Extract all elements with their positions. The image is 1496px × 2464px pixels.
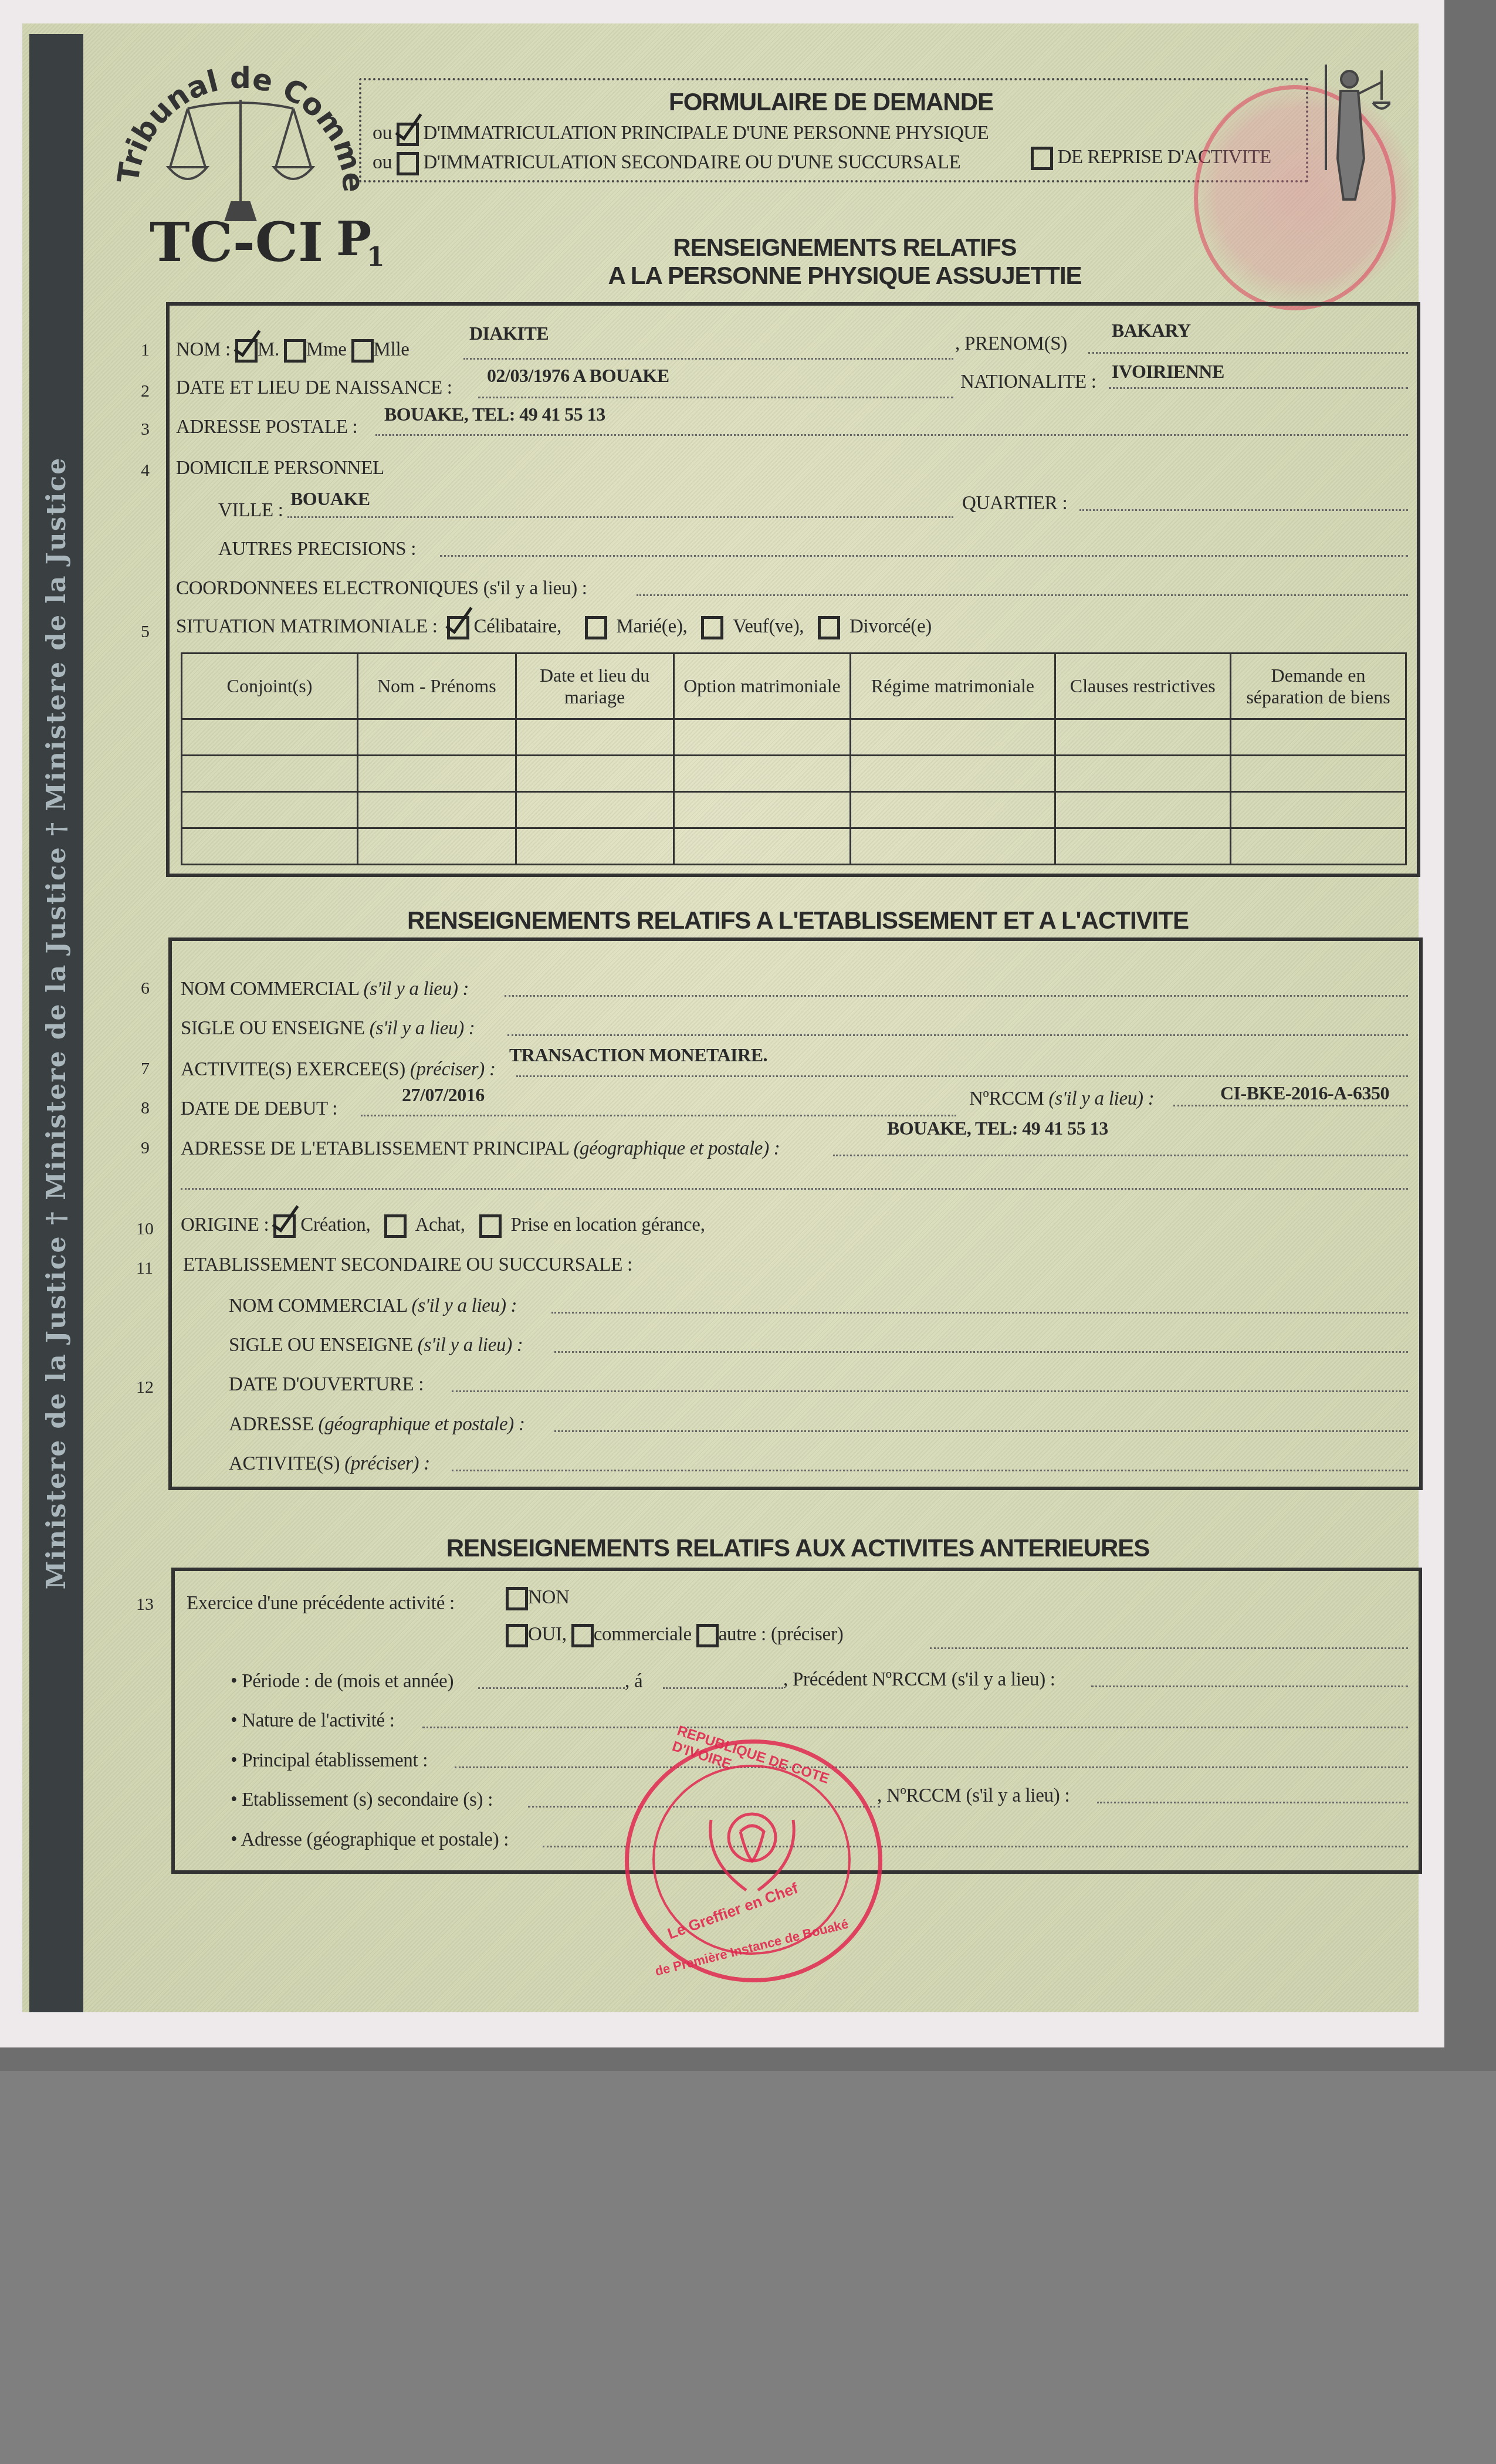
line-number: 12 <box>136 1377 154 1397</box>
ministry-side-band: Ministere de la Justice † Ministere de l… <box>29 34 83 2012</box>
adresse-postale-field[interactable] <box>375 434 1408 436</box>
checkbox-secondaire[interactable] <box>397 152 419 175</box>
checkbox-location-gerance[interactable] <box>479 1214 502 1238</box>
spouse-table-cell[interactable] <box>851 792 1055 828</box>
secondaires-label: • Etablissement (s) secondaire (s) : <box>231 1789 493 1811</box>
naissance-field[interactable] <box>478 397 953 398</box>
spouse-table-header: Clauses restrictives <box>1055 654 1231 719</box>
logo-arc-text: Tribunal de Commerce <box>114 44 371 193</box>
nature-label: • Nature de l'activité : <box>231 1710 395 1732</box>
sigle-field[interactable] <box>507 1034 1408 1036</box>
line-number: 8 <box>141 1098 150 1118</box>
logo-form-index: 1 <box>367 242 385 267</box>
nom-commercial-label: NOM COMMERCIAL (s'il y a lieu) : <box>181 979 469 1000</box>
civility-mlle-label: Mlle <box>374 339 409 360</box>
situation-label: SITUATION MATRIMONIALE : <box>176 616 438 637</box>
spouse-table-header: Conjoint(s) <box>182 654 358 719</box>
section1-title: RENSEIGNEMENTS RELATIFS A LA PERSONNE PH… <box>528 233 1162 290</box>
svg-text:Tribunal de Commerce: Tribunal de Commerce <box>114 44 371 193</box>
line-number: 7 <box>141 1059 150 1079</box>
checkbox-principale[interactable] <box>397 123 419 146</box>
table-row <box>182 828 1406 865</box>
autres-precisions-field[interactable] <box>440 555 1408 557</box>
civility-m-label: M. <box>258 339 279 360</box>
table-row <box>182 719 1406 756</box>
checkbox-achat[interactable] <box>384 1214 407 1238</box>
checkbox-creation[interactable] <box>273 1214 296 1238</box>
checkbox-autre[interactable] <box>696 1624 719 1647</box>
spouse-table: Conjoint(s)Nom - PrénomsDate et lieu du … <box>181 652 1407 865</box>
sec-activite-field[interactable] <box>452 1470 1408 1471</box>
coordonnees-field[interactable] <box>637 594 1408 596</box>
situation-row: SITUATION MATRIMONIALE : Célibataire, Ma… <box>176 616 932 639</box>
adresse-etab-field-2[interactable] <box>181 1188 1408 1190</box>
precedent-rccm-label: , Précédent NºRCCM (s'il y a lieu) : <box>783 1669 1055 1691</box>
spouse-table-header: Demande en séparation de biens <box>1231 654 1406 719</box>
nature-field[interactable] <box>422 1727 1408 1728</box>
line-number: 4 <box>141 461 150 480</box>
principal-field[interactable] <box>455 1766 1408 1768</box>
line-number: 11 <box>136 1258 153 1278</box>
form-type-option-secondaire[interactable]: ou D'IMMATRICULATION SECONDAIRE OU D'UNE… <box>373 151 960 175</box>
adresse-etab-value: BOUAKE, TEL: 49 41 55 13 <box>887 1118 1108 1139</box>
checkbox-reprise[interactable] <box>1031 147 1053 170</box>
sec-nom-commercial-field[interactable] <box>551 1312 1408 1314</box>
date-debut-label: DATE DE DEBUT : <box>181 1098 337 1120</box>
rccm-field[interactable] <box>1173 1105 1408 1106</box>
nom-label: NOM : <box>176 339 231 360</box>
activite-label: ACTIVITE(S) EXERCEE(S) (préciser) : <box>181 1059 496 1081</box>
adresse-etab-label: ADRESSE DE L'ETABLISSEMENT PRINCIPAL (gé… <box>181 1138 780 1160</box>
checkbox-celibataire[interactable] <box>447 616 469 639</box>
domicile-label: DOMICILE PERSONNEL <box>176 458 384 479</box>
adresse-postale-label: ADRESSE POSTALE : <box>176 417 357 438</box>
spouse-table-cell[interactable] <box>516 828 673 865</box>
tribunal-logo: Tribunal de Commerce TC-CI P 1 <box>114 44 390 267</box>
spouse-table-cell[interactable] <box>182 792 358 828</box>
spouse-table-cell[interactable] <box>1055 828 1231 865</box>
ou-label: ou <box>373 151 392 173</box>
spouse-table-header: Option matrimoniale <box>673 654 851 719</box>
section2-title: RENSEIGNEMENTS RELATIFS A L'ETABLISSEMEN… <box>293 906 1302 935</box>
checkbox-oui[interactable] <box>506 1624 528 1647</box>
line-number: 9 <box>141 1138 150 1158</box>
spouse-table-cell[interactable] <box>851 756 1055 792</box>
nationalite-field[interactable] <box>1109 387 1408 389</box>
sec-nom-commercial-label: NOM COMMERCIAL (s'il y a lieu) : <box>229 1295 517 1317</box>
checkbox-civility-m[interactable] <box>235 339 258 363</box>
form-type-title: FORMULAIRE DE DEMANDE <box>669 88 993 116</box>
checkbox-divorce[interactable] <box>818 616 840 639</box>
sec-adresse-label: ADRESSE (géographique et postale) : <box>229 1414 525 1436</box>
sigle-label: SIGLE OU ENSEIGNE (s'il y a lieu) : <box>181 1018 475 1040</box>
spouse-table-cell[interactable] <box>673 756 851 792</box>
quartier-field[interactable] <box>1079 509 1408 511</box>
spouse-table-cell[interactable] <box>357 828 516 865</box>
sec-date-ouverture-label: DATE D'OUVERTURE : <box>229 1374 424 1396</box>
principal-label: • Principal établissement : <box>231 1750 428 1772</box>
checkbox-commerciale[interactable] <box>571 1624 594 1647</box>
ville-label: VILLE : <box>218 500 283 522</box>
spouse-table-header: Nom - Prénoms <box>357 654 516 719</box>
civility-mme-label: Mme <box>306 339 347 360</box>
coat-of-arms-icon <box>699 1796 805 1902</box>
line-number: 3 <box>141 419 150 439</box>
line-number: 5 <box>141 622 150 642</box>
spouse-table-cell[interactable] <box>182 719 358 756</box>
spouse-table-cell[interactable] <box>357 792 516 828</box>
spouse-table-cell[interactable] <box>673 828 851 865</box>
date-debut-field[interactable] <box>361 1115 956 1116</box>
table-row <box>182 756 1406 792</box>
sec-rccm-field[interactable] <box>1097 1802 1408 1803</box>
spouse-table-cell[interactable] <box>516 756 673 792</box>
line-number: 1 <box>141 340 150 360</box>
ville-field[interactable] <box>287 516 953 518</box>
spouse-table-header: Régime matrimoniale <box>851 654 1055 719</box>
periode-a-label: , á <box>625 1671 642 1693</box>
spouse-table-cell[interactable] <box>1055 719 1231 756</box>
autre-preciser-field[interactable] <box>930 1647 1408 1649</box>
quartier-label: QUARTIER : <box>962 493 1067 515</box>
periode-label: • Période : de (mois et année) <box>231 1671 453 1693</box>
spouse-table-cell[interactable] <box>182 828 358 865</box>
spouse-table-cell[interactable] <box>1231 828 1406 865</box>
ou-label: ou <box>373 122 392 144</box>
periode-de-field[interactable] <box>478 1687 625 1689</box>
sec-rccm-label: , NºRCCM (s'il y a lieu) : <box>877 1785 1069 1807</box>
scales-icon <box>168 100 313 220</box>
sec-sigle-label: SIGLE OU ENSEIGNE (s'il y a lieu) : <box>229 1335 523 1356</box>
spouse-table-cell[interactable] <box>851 828 1055 865</box>
spouse-table-cell[interactable] <box>1231 719 1406 756</box>
autres-precisions-label: AUTRES PRECISIONS : <box>218 539 416 560</box>
checkbox-non[interactable] <box>506 1587 528 1610</box>
etab-secondaire-label: ETABLISSEMENT SECONDAIRE OU SUCCURSALE : <box>183 1254 632 1276</box>
line-number: 2 <box>141 381 150 401</box>
checkbox-civility-mlle[interactable] <box>351 339 374 363</box>
line-number: 6 <box>141 979 150 999</box>
table-row <box>182 792 1406 828</box>
origine-row: ORIGINE : Création, Achat, Prise en loca… <box>181 1214 705 1238</box>
court-stamp: REPUBLIQUE DE COTE D'IVOIRE Le Greffier … <box>625 1739 882 1982</box>
spouse-table-cell[interactable] <box>357 719 516 756</box>
nationalite-value: IVOIRIENNE <box>1112 361 1224 383</box>
oui-options: OUI, commerciale autre : (préciser) <box>506 1624 843 1647</box>
logo-code: TC-CI <box>150 211 323 267</box>
section3-title: RENSEIGNEMENTS RELATIFS AUX ACTIVITES AN… <box>352 1534 1244 1562</box>
prenom-field[interactable] <box>1088 352 1408 354</box>
spouse-table-cell[interactable] <box>851 719 1055 756</box>
checkbox-civility-mme[interactable] <box>284 339 306 363</box>
ville-value: BOUAKE <box>290 488 370 510</box>
prenom-value: BAKARY <box>1112 320 1191 341</box>
spouse-table-cell[interactable] <box>516 719 673 756</box>
checkbox-veuf[interactable] <box>701 616 723 639</box>
adresse-anterieure-label: • Adresse (géographique et postale) : <box>231 1829 509 1851</box>
sec-date-ouverture-field[interactable] <box>452 1390 1408 1392</box>
rccm-label: NºRCCM (s'il y a lieu) : <box>969 1088 1154 1110</box>
nom-value: DIAKITE <box>469 323 549 344</box>
lady-justice-icon <box>1314 59 1390 211</box>
prenom-label: , PRENOM(S) <box>955 333 1067 355</box>
checkbox-marie[interactable] <box>585 616 607 639</box>
sec-sigle-field[interactable] <box>554 1351 1408 1353</box>
precedent-rccm-field[interactable] <box>1091 1685 1408 1687</box>
date-debut-value: 27/07/2016 <box>402 1084 485 1106</box>
exercice-label: Exercice d'une précédente activité : <box>187 1593 455 1615</box>
rccm-value: CI-BKE-2016-A-6350 <box>1220 1082 1389 1104</box>
periode-a-field[interactable] <box>663 1687 783 1689</box>
option-label: D'IMMATRICULATION SECONDAIRE OU D'UNE SU… <box>424 152 961 173</box>
spouse-table-cell[interactable] <box>182 756 358 792</box>
spouse-table-cell[interactable] <box>1231 792 1406 828</box>
side-band-text: Ministere de la Justice † Ministere de l… <box>42 457 72 1590</box>
form-type-option-principale[interactable]: ou D'IMMATRICULATION PRINCIPALE D'UNE PE… <box>373 122 989 146</box>
naissance-value: 02/03/1976 A BOUAKE <box>487 365 669 387</box>
line-number: 13 <box>136 1595 154 1615</box>
spouse-table-header: Date et lieu du mariage <box>516 654 673 719</box>
nom-row: NOM : M. Mme Mlle <box>176 339 409 363</box>
coordonnees-label: COORDONNEES ELECTRONIQUES (s'il y a lieu… <box>176 578 587 600</box>
naissance-label: DATE ET LIEU DE NAISSANCE : <box>176 377 452 399</box>
sec-activite-label: ACTIVITE(S) (préciser) : <box>229 1453 430 1475</box>
spouse-table-cell[interactable] <box>1231 756 1406 792</box>
spouse-table-cell[interactable] <box>673 792 851 828</box>
option-label: D'IMMATRICULATION PRINCIPALE D'UNE PERSO… <box>424 123 989 144</box>
adresse-postale-value: BOUAKE, TEL: 49 41 55 13 <box>384 404 605 425</box>
adresse-etab-field[interactable] <box>833 1155 1408 1156</box>
spouse-table-cell[interactable] <box>516 792 673 828</box>
nationalite-label: NATIONALITE : <box>960 371 1096 393</box>
activite-field[interactable] <box>516 1075 1408 1077</box>
nom-field[interactable] <box>463 358 953 360</box>
spouse-table-cell[interactable] <box>1055 756 1231 792</box>
spouse-table-cell[interactable] <box>673 719 851 756</box>
sec-adresse-field[interactable] <box>554 1430 1408 1432</box>
spouse-table-cell[interactable] <box>1055 792 1231 828</box>
nom-commercial-field[interactable] <box>505 995 1408 997</box>
line-number: 10 <box>136 1219 154 1239</box>
activite-value: TRANSACTION MONETAIRE. <box>509 1044 767 1066</box>
spouse-table-cell[interactable] <box>357 756 516 792</box>
non-option: NON <box>506 1587 570 1610</box>
